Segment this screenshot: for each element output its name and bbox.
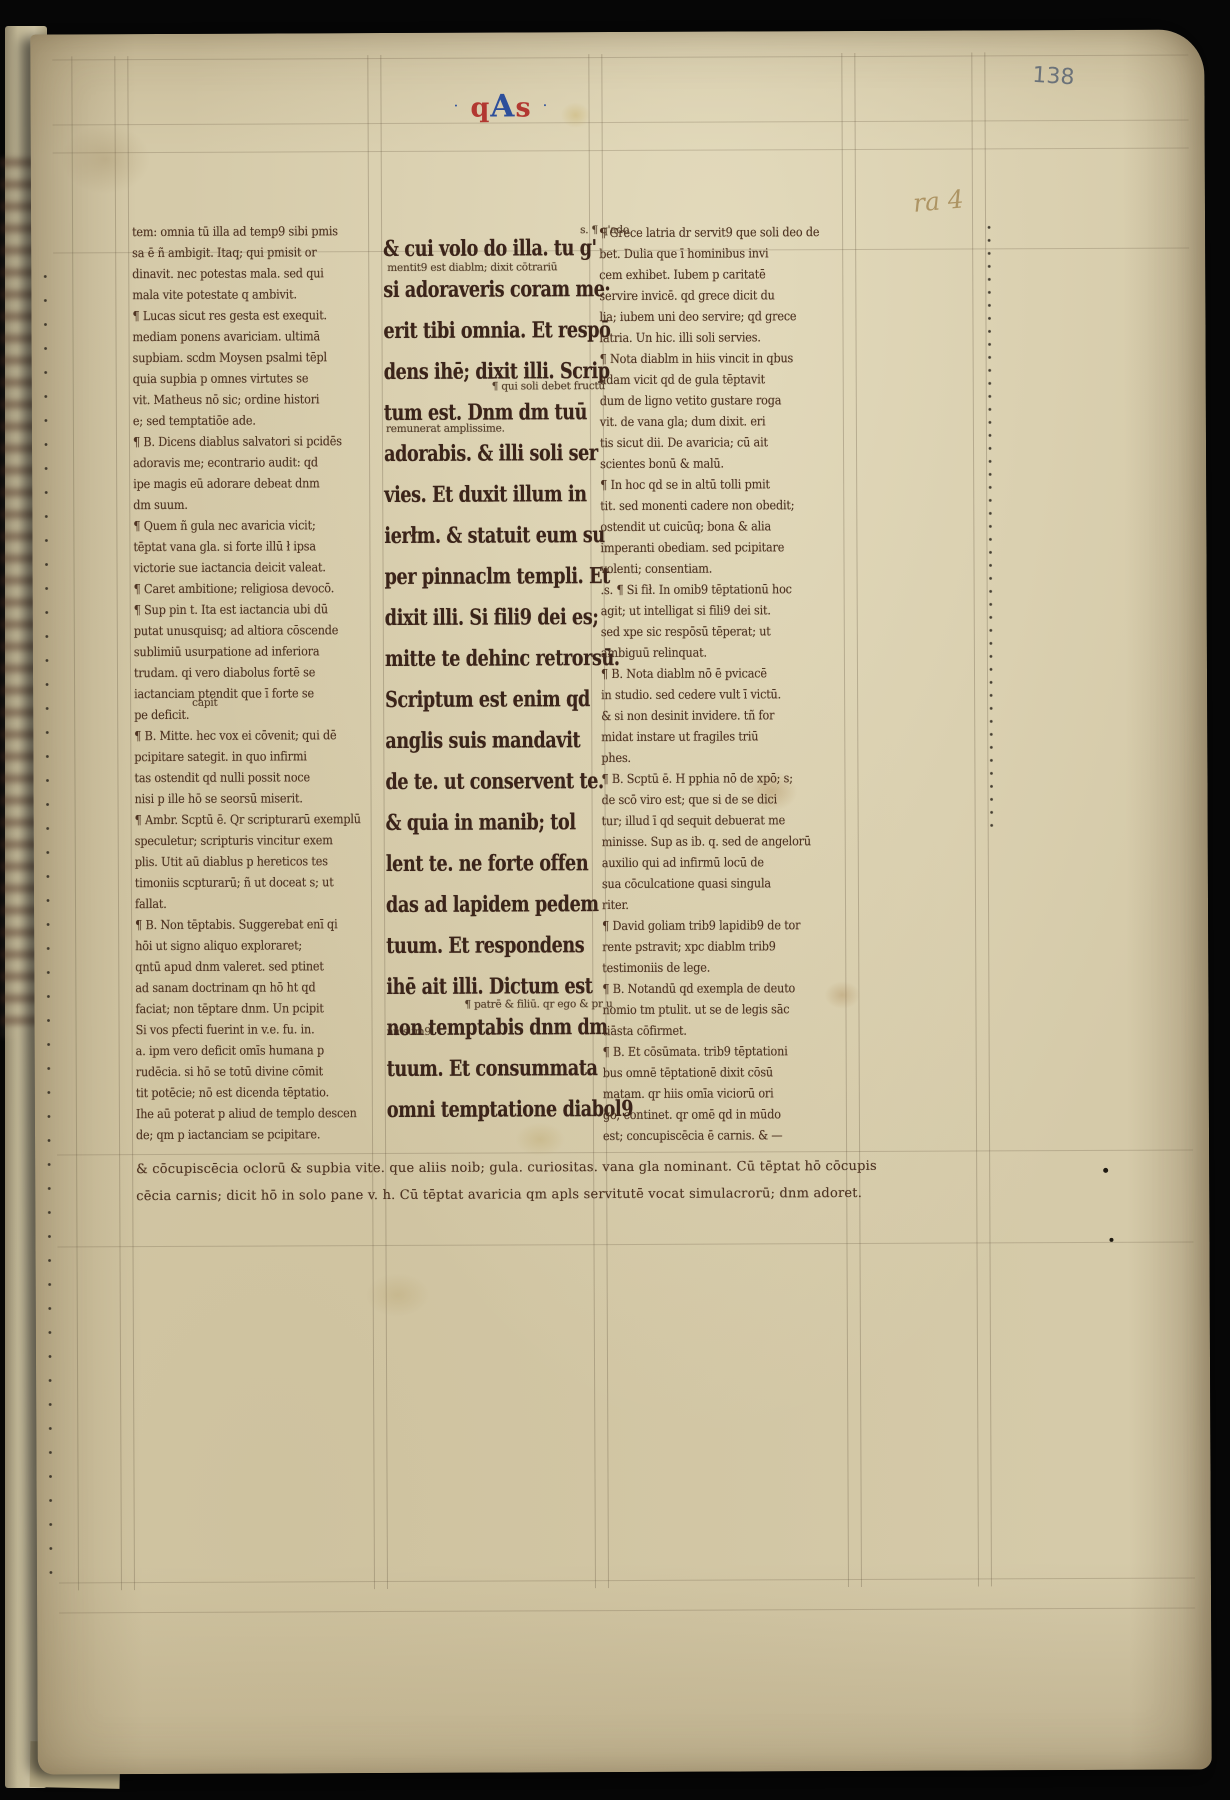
text-line: sublimiū usurpatione ad inferiora	[134, 643, 361, 665]
text-line: sua cōculcatione quasi singula	[602, 875, 834, 897]
text-line: lia; iubem uni deo servire; qd grece	[599, 308, 831, 330]
text-line: .s. ¶ Si fił. In omib9 tēptationū hoc	[601, 581, 833, 603]
text-line: ¶ B. Notandū qd exempla de deuto	[602, 980, 834, 1002]
corner-inscription: ra 4	[912, 184, 965, 218]
text-line: agit; ut intelligat si fili9 dei sit.	[601, 602, 833, 624]
text-line: phes.	[601, 749, 833, 771]
text-line: dm suum.	[133, 496, 360, 518]
text-line: & quia in manib; tol	[386, 802, 570, 844]
text-line: fallat.	[135, 895, 362, 917]
ruling-line-horizontal	[53, 120, 1189, 126]
running-title-letter-a: A	[490, 88, 514, 124]
text-line: si adoraveris coram me·	[383, 269, 567, 311]
center-text-column: s. ¶ q'ado mentit9 est diablm; dixit cōt…	[383, 228, 617, 1131]
text-line: mala vite potestate q ambivit.	[132, 286, 359, 308]
text-line: ierłm. & statuit eum su	[384, 515, 568, 557]
text-line: servire invicē. qd grece dicit du	[599, 287, 831, 309]
text-line: pe deficit.	[134, 706, 361, 728]
running-title-dot-right: ·	[543, 96, 548, 114]
text-line: vit. de vana gla; dum dixit. eri	[600, 413, 832, 435]
text-line: a. ipm vero deficit omīs humana p	[136, 1042, 363, 1064]
bottom-gloss-block: & cōcupiscēcia oclorū & supbia vite. que…	[136, 1158, 1016, 1216]
text-line: ¶ Lucas sicut res gesta est exequit.	[132, 307, 359, 329]
text-line: de scō viro est; que si de se dici	[602, 791, 834, 813]
text-line: & cōcupiscēcia oclorū & supbia vite. que…	[136, 1158, 1016, 1189]
running-title-letter-s: s	[515, 92, 530, 123]
text-line: cem exhibet. Iubem p caritatē	[599, 266, 831, 288]
text-line: midat instare ut fragiles triū	[601, 728, 833, 750]
text-line: in studio. sed cedere vult ī victū.	[601, 686, 833, 708]
text-line: latria. Un hic. illi soli servies.	[600, 329, 832, 351]
text-line: ¶ Caret ambitione; religiosa devocō.	[134, 580, 361, 602]
text-line: hōi ut signo aliquo exploraret;	[135, 937, 362, 959]
text-line: minisse. Sup as ib. q. sed de angelorū	[602, 833, 834, 855]
text-line: adoravis me; econtrario audit: qd	[133, 454, 360, 476]
text-line: adam vicit qd de gula tēptavit	[600, 371, 832, 393]
text-line: tur; illud ī qd sequit debuerat me	[602, 812, 834, 834]
text-line: per pinnaclm templi. Et	[384, 556, 568, 598]
ruling-line-vertical	[71, 56, 79, 1590]
text-line: supbiam. scdm Moysen psalmi tēpl	[133, 349, 360, 371]
right-gloss-column: ¶ Grece latria dr servit9 que soli deo d…	[599, 224, 861, 1149]
text-line: iactanciam ptendit que ī forte se	[134, 685, 361, 707]
ruling-line-horizontal	[52, 55, 1188, 61]
text-line: cēcia carnis; dicit hō in solo pane v. h…	[136, 1185, 1016, 1216]
text-line: ¶ B. Dicens diablus salvatori si pcidēs	[133, 433, 360, 455]
text-line: tum est. Dnm dm tuū	[384, 392, 568, 434]
text-line: vies. Et duxit illum in	[384, 474, 568, 516]
text-line: tiāsta cōfirmet.	[603, 1022, 835, 1044]
running-title-dot-left: ·	[454, 97, 459, 115]
text-line: go; continet. qr omē qd in mūdo	[603, 1106, 835, 1128]
text-line: ¶ Ambr. Scptū ē. Qr scripturarū exemplū	[135, 811, 362, 833]
text-line: tuum. Et consummata	[387, 1048, 571, 1090]
text-line: matam. qr hiis omīa viciorū ori	[603, 1085, 835, 1107]
running-title-letter-q: q	[470, 93, 489, 124]
text-line: ¶ Grece latria dr servit9 que soli deo d…	[599, 224, 831, 246]
text-line: tēptat vana gla. si forte illū ł ipsa	[133, 538, 360, 560]
text-line: ¶ B. Nota diablm nō ē pvicacē	[601, 665, 833, 687]
text-line: de; qm p iactanciam se pcipitare.	[136, 1126, 363, 1148]
text-line: mediam ponens avariciam. ultimā	[132, 328, 359, 350]
text-line: ¶ Nota diablm in hiis vincit in qbus	[600, 350, 832, 372]
text-line: bus omnē tēptationē dixit cōsū	[603, 1064, 835, 1086]
text-line: est; concupiscēcia ē carnis. & —	[603, 1127, 835, 1149]
text-line: nomio tm ptulit. ut se de legis sāc	[602, 1001, 834, 1023]
ruling-line-vertical	[114, 56, 122, 1590]
text-line: sed xpe sic respōsū tēperat; ut	[601, 623, 833, 645]
text-line: Si vos pfecti fuerint in v.e. fu. in.	[136, 1021, 363, 1043]
text-line: mitte te dehinc retrorsū.	[385, 638, 569, 680]
text-line: pcipitare sategit. in quo infirmi	[134, 748, 361, 770]
ruling-line-horizontal	[57, 1242, 1193, 1248]
text-line: ¶ Sup pin t. Ita est iactancia ubi dū	[134, 601, 361, 623]
text-line: bet. Dulia que ī hominibus invi	[599, 245, 831, 267]
text-line: anglis suis mandavit	[385, 720, 569, 762]
parchment-stain	[61, 124, 151, 194]
ruling-line-horizontal	[59, 1578, 1195, 1584]
text-line: ¶ B. Mitte. hec vox ei cōvenit; qui dē	[134, 727, 361, 749]
text-line: ¶ B. Scptū ē. H pphia nō de xpō; s;	[601, 770, 833, 792]
text-line: riter.	[602, 896, 834, 918]
text-line: trudam. qi vero diabolus fortē se	[134, 664, 361, 686]
text-line: das ad lapidem pedem	[386, 884, 570, 926]
text-line: dinavit. nec potestas mala. sed qui	[132, 265, 359, 287]
text-line: timoniis scpturarū; ñ ut doceat s; ut	[135, 874, 362, 896]
wormhole-speck	[1109, 1238, 1113, 1242]
text-line: ¶ B. Et cōsūmata. trib9 tēptationi	[603, 1043, 835, 1065]
text-line: ¶ B. Non tēptabis. Suggerebat enī qi	[135, 916, 362, 938]
text-line: lent te. ne forte offen	[386, 843, 570, 885]
text-line: speculetur; scripturis vincitur exem	[135, 832, 362, 854]
photo-background: ·qAs· 138 ra 4 capit tem: omnia tū illa …	[0, 0, 1230, 1800]
left-gloss-column: capit tem: omnia tū illa ad temp9 sibi p…	[132, 223, 388, 1148]
folio-number: 138	[1032, 63, 1076, 91]
text-line: scientes bonū & malū.	[600, 455, 832, 477]
text-line: sa ē ñ ambigit. Itaq; qui pmisit or	[132, 244, 359, 266]
text-line: imperanti obediam. sed pcipitare	[600, 539, 832, 561]
text-line: tit. sed monenti cadere non obedit;	[600, 497, 832, 519]
text-line: dixit illi. Si fili9 dei es;	[385, 597, 569, 639]
text-line: nisi p ille hō se seorsū miserit.	[135, 790, 362, 812]
ruling-line-horizontal	[57, 1150, 1193, 1156]
manuscript-page: ·qAs· 138 ra 4 capit tem: omnia tū illa …	[30, 29, 1212, 1774]
text-line: ipe magis eū adorare debeat dnm	[133, 475, 360, 497]
text-line: de te. ut conservent te.	[385, 761, 569, 803]
ruling-line-horizontal	[53, 148, 1189, 154]
text-line: victorie sue iactancia deicit valeat.	[134, 559, 361, 581]
parchment-stain	[366, 1273, 430, 1317]
text-line: non temptabis dnm dm	[386, 1007, 570, 1049]
wormhole-speck	[1103, 1168, 1108, 1173]
text-line: tas ostendit qd nulli possit noce	[134, 769, 361, 791]
ruling-line-vertical	[971, 52, 979, 1586]
text-line: rudēcia. si hō se totū divine cōmit	[136, 1063, 363, 1085]
text-line: ¶ David goliam trib9 lapidib9 de tor	[602, 917, 834, 939]
text-line: adorabis. & illi soli ser	[384, 433, 568, 475]
text-line: ad sanam doctrinam qn hō ht qd	[135, 979, 362, 1001]
text-line: ambiguū relinquat.	[601, 644, 833, 666]
text-line: plis. Utit aū diablus p hereticos tes	[135, 853, 362, 875]
text-line: ¶ In hoc qd se in altū tolli pmit	[600, 476, 832, 498]
text-line: putat unusquisq; ad altiora cōscende	[134, 622, 361, 644]
text-line: & cui volo do illa. tu g'	[383, 228, 567, 270]
text-line: ostendit ut cuicūq; bona & alia	[600, 518, 832, 540]
text-line: tis sicut dii. De avaricia; cū ait	[600, 434, 832, 456]
text-line: faciat; non tēptare dnm. Un pcipit	[135, 1000, 362, 1022]
text-line: dens ihē; dixit illi. Scrip	[384, 351, 568, 393]
ruling-line-horizontal	[59, 1608, 1195, 1614]
text-line: e; sed temptatiōe ade.	[133, 412, 360, 434]
text-line: vit. Matheus nō sic; ordine histori	[133, 391, 360, 413]
text-line: qntū apud dnm valeret. sed ptinet	[135, 958, 362, 980]
pricking-holes-left	[43, 274, 53, 1584]
text-line: erit tibi omnia. Et respō	[383, 310, 567, 352]
text-line: auxilio qui ad infirmū locū de	[602, 854, 834, 876]
text-line: & si non desinit invidere. tñ for	[601, 707, 833, 729]
text-line: tit potēcie; nō est dicenda tēptatio.	[136, 1084, 363, 1106]
text-line: volenti; consentiam.	[601, 560, 833, 582]
text-line: dum de ligno vetito gustare roga	[600, 392, 832, 414]
text-line: Ihe aū poterat p aliud de templo descen	[136, 1105, 363, 1127]
text-line: tem: omnia tū illa ad temp9 sibi pmis	[132, 223, 359, 245]
text-line: quia supbia p omnes virtutes se	[133, 370, 360, 392]
text-line: omni temptatione diabol9	[387, 1089, 571, 1131]
text-line: Scriptum est enim qd	[385, 679, 569, 721]
text-line: rente pstravit; xpc diablm trib9	[602, 938, 834, 960]
running-title: ·qAs·	[390, 88, 610, 125]
text-line: ihē ait illi. Dictum est	[386, 966, 570, 1008]
text-line: ¶ Quem ñ gula nec avaricia vicit;	[133, 517, 360, 539]
text-line: testimoniis de lege.	[602, 959, 834, 981]
text-line: tuum. Et respondens	[386, 925, 570, 967]
